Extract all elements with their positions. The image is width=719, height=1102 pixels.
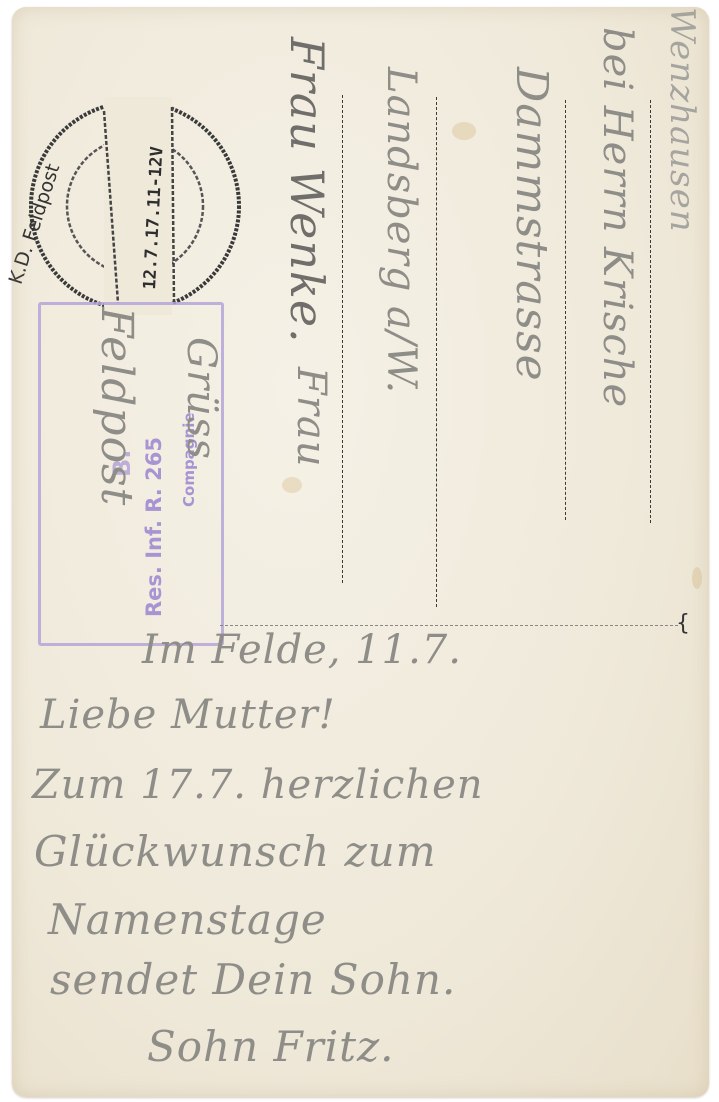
unit-stamp-frame — [38, 302, 224, 646]
postmark-arc-text: K.D. Feldpost — [5, 161, 65, 287]
message-line-2: Zum 17.7. herzlichen — [32, 762, 484, 808]
unit-stamp-emblem: B. — [108, 450, 136, 477]
left-greeting: Grüss — [178, 337, 224, 460]
address-city: Landsberg a/W. — [378, 67, 424, 394]
address-line-4 — [650, 100, 651, 523]
address-street: Dammstrasse — [506, 67, 557, 382]
address-name: Frau Wenke. — [280, 37, 334, 344]
stain-spot — [282, 477, 302, 493]
message-line-1: Liebe Mutter! — [40, 692, 336, 738]
left-frau: Frau — [288, 367, 334, 467]
unit-stamp-line-1: Res. Inf. R. 265 — [142, 437, 166, 617]
stain-spot — [452, 122, 476, 140]
postcard-back: K.D. Feldpost 12.7.17.11-12V Res. Inf. R… — [12, 7, 709, 1097]
message-line-3: Glückwunsch zum — [34, 827, 437, 876]
message-line-5: sendet Dein Sohn. — [50, 955, 456, 1004]
feldpost-postmark-icon — [26, 97, 244, 315]
address-line-1 — [342, 95, 343, 583]
left-feldpost: Feldpost — [91, 307, 142, 506]
address-extra: Wenzhausen — [662, 7, 702, 233]
address-care-of: bei Herrn Krische — [594, 27, 640, 408]
address-line-3 — [565, 100, 566, 520]
stain-spot — [692, 567, 702, 589]
address-line-2 — [436, 97, 437, 607]
message-signature: Sohn Fritz. — [147, 1022, 395, 1071]
message-divider — [220, 625, 678, 626]
message-line-4: Namenstage — [48, 895, 327, 944]
message-dateline: Im Felde, 11.7. — [142, 627, 462, 673]
unit-stamp-line-2: Compagnie — [180, 412, 198, 507]
divider-bracket-mark: { — [676, 611, 690, 636]
postmark-date: 12.7.17.11-12V — [140, 146, 167, 290]
